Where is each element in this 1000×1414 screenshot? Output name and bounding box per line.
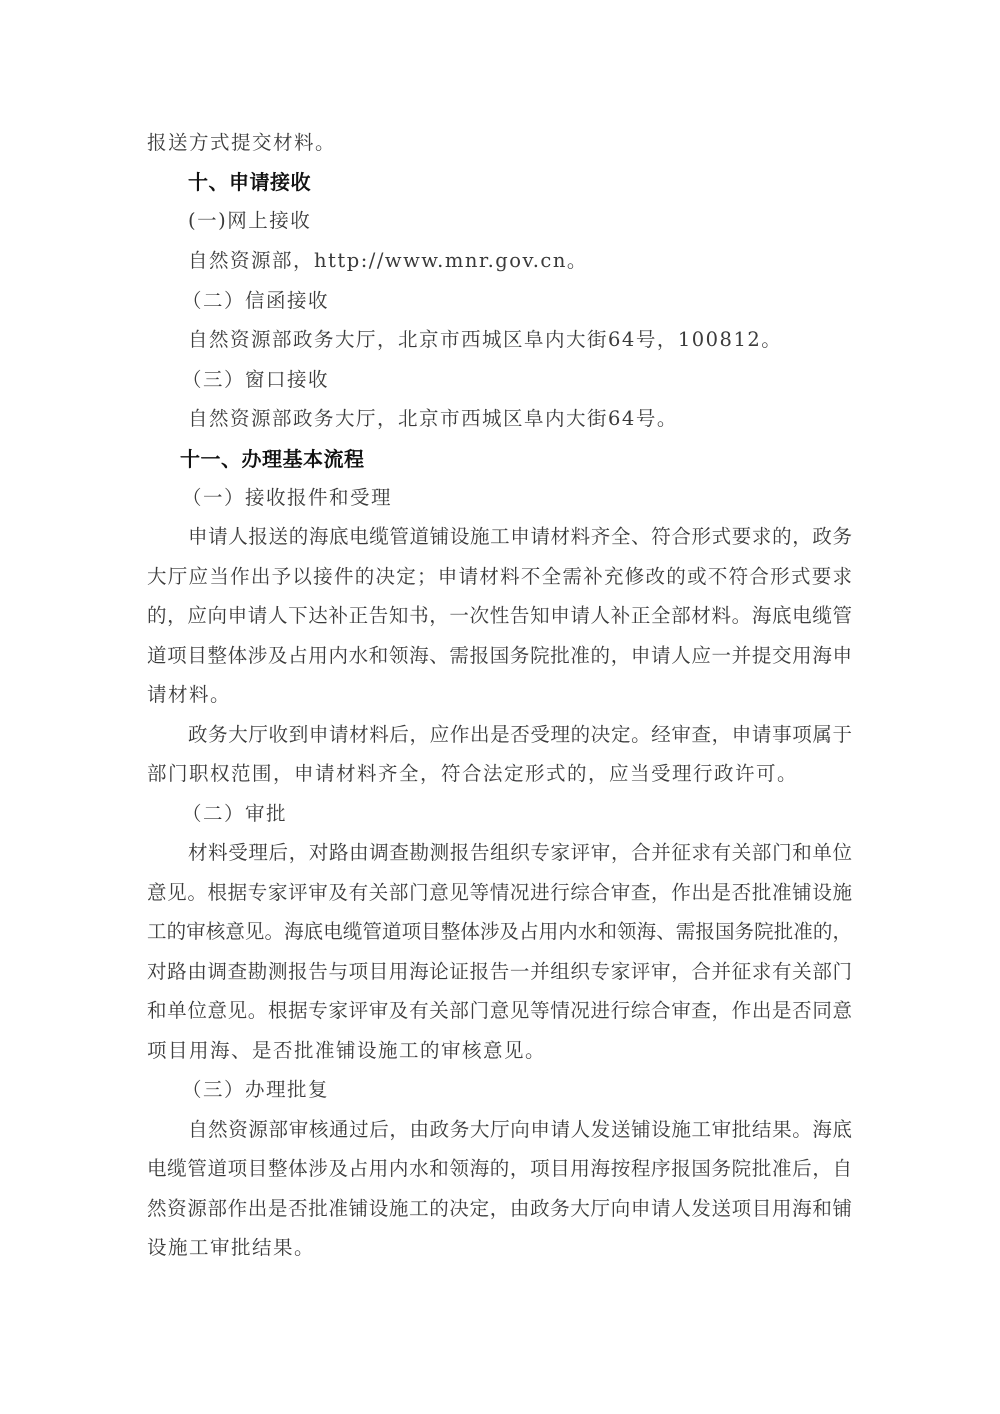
paragraph-line: 工的审核意见。海底电缆管道项目整体涉及占用内水和领海、需报国务院批准的， (147, 919, 852, 945)
paragraph-line: 电缆管道项目整体涉及占用内水和领海的，项目用海按程序报国务院批准后，自 (147, 1156, 852, 1182)
subsection-heading: (一)网上接收 (188, 208, 311, 234)
subsection-heading: （二）信函接收 (182, 288, 329, 314)
paragraph-line: 大厅应当作出予以接件的决定；申请材料不全需补充修改的或不符合形式要求 (147, 564, 852, 590)
paragraph-line: 项目用海、是否批准铺设施工的审核意见。 (147, 1038, 546, 1064)
section-heading: 十一、办理基本流程 (180, 446, 365, 472)
paragraph-line: 道项目整体涉及占用内水和领海、需报国务院批准的，申请人应一并提交用海申 (147, 643, 852, 669)
subsection-heading: （三）窗口接收 (182, 367, 329, 393)
paragraph-line: 设施工审批结果。 (147, 1235, 315, 1261)
paragraph-line: 和单位意见。根据专家评审及有关部门意见等情况进行综合审查，作出是否同意 (147, 998, 852, 1024)
paragraph-line: 对路由调查勘测报告与项目用海论证报告一并组织专家评审，合并征求有关部门 (147, 959, 852, 985)
paragraph-line: 自然资源部审核通过后，由政务大厅向申请人发送铺设施工审批结果。海底 (188, 1117, 852, 1143)
paragraph-line: 自然资源部，http://www.mnr.gov.cn。 (188, 248, 588, 274)
paragraph-line: 申请人报送的海底电缆管道铺设施工申请材料齐全、符合形式要求的，政务 (188, 524, 852, 550)
paragraph-line: 报送方式提交材料。 (147, 130, 336, 156)
subsection-heading: （一）接收报件和受理 (182, 485, 392, 511)
paragraph-line: 的，应向申请人下达补正告知书，一次性告知申请人补正全部材料。海底电缆管 (147, 603, 852, 629)
paragraph-line: 自然资源部政务大厅，北京市西城区阜内大街64号，100812。 (188, 327, 782, 353)
paragraph-line: 意见。根据专家评审及有关部门意见等情况进行综合审查，作出是否批准铺设施 (147, 880, 852, 906)
paragraph-line: 部门职权范围，申请材料齐全，符合法定形式的，应当受理行政许可。 (147, 761, 798, 787)
paragraph-line: 自然资源部政务大厅，北京市西城区阜内大街64号。 (188, 406, 678, 432)
subsection-heading: （二）审批 (182, 801, 287, 827)
paragraph-line: 政务大厅收到申请材料后，应作出是否受理的决定。经审查，申请事项属于 (188, 722, 852, 748)
paragraph-line: 然资源部作出是否批准铺设施工的决定，由政务大厅向申请人发送项目用海和铺 (147, 1196, 852, 1222)
paragraph-line: 材料受理后，对路由调查勘测报告组织专家评审，合并征求有关部门和单位 (188, 840, 852, 866)
section-heading: 十、申请接收 (188, 169, 311, 195)
subsection-heading: （三）办理批复 (182, 1077, 329, 1103)
paragraph-line: 请材料。 (147, 682, 231, 708)
